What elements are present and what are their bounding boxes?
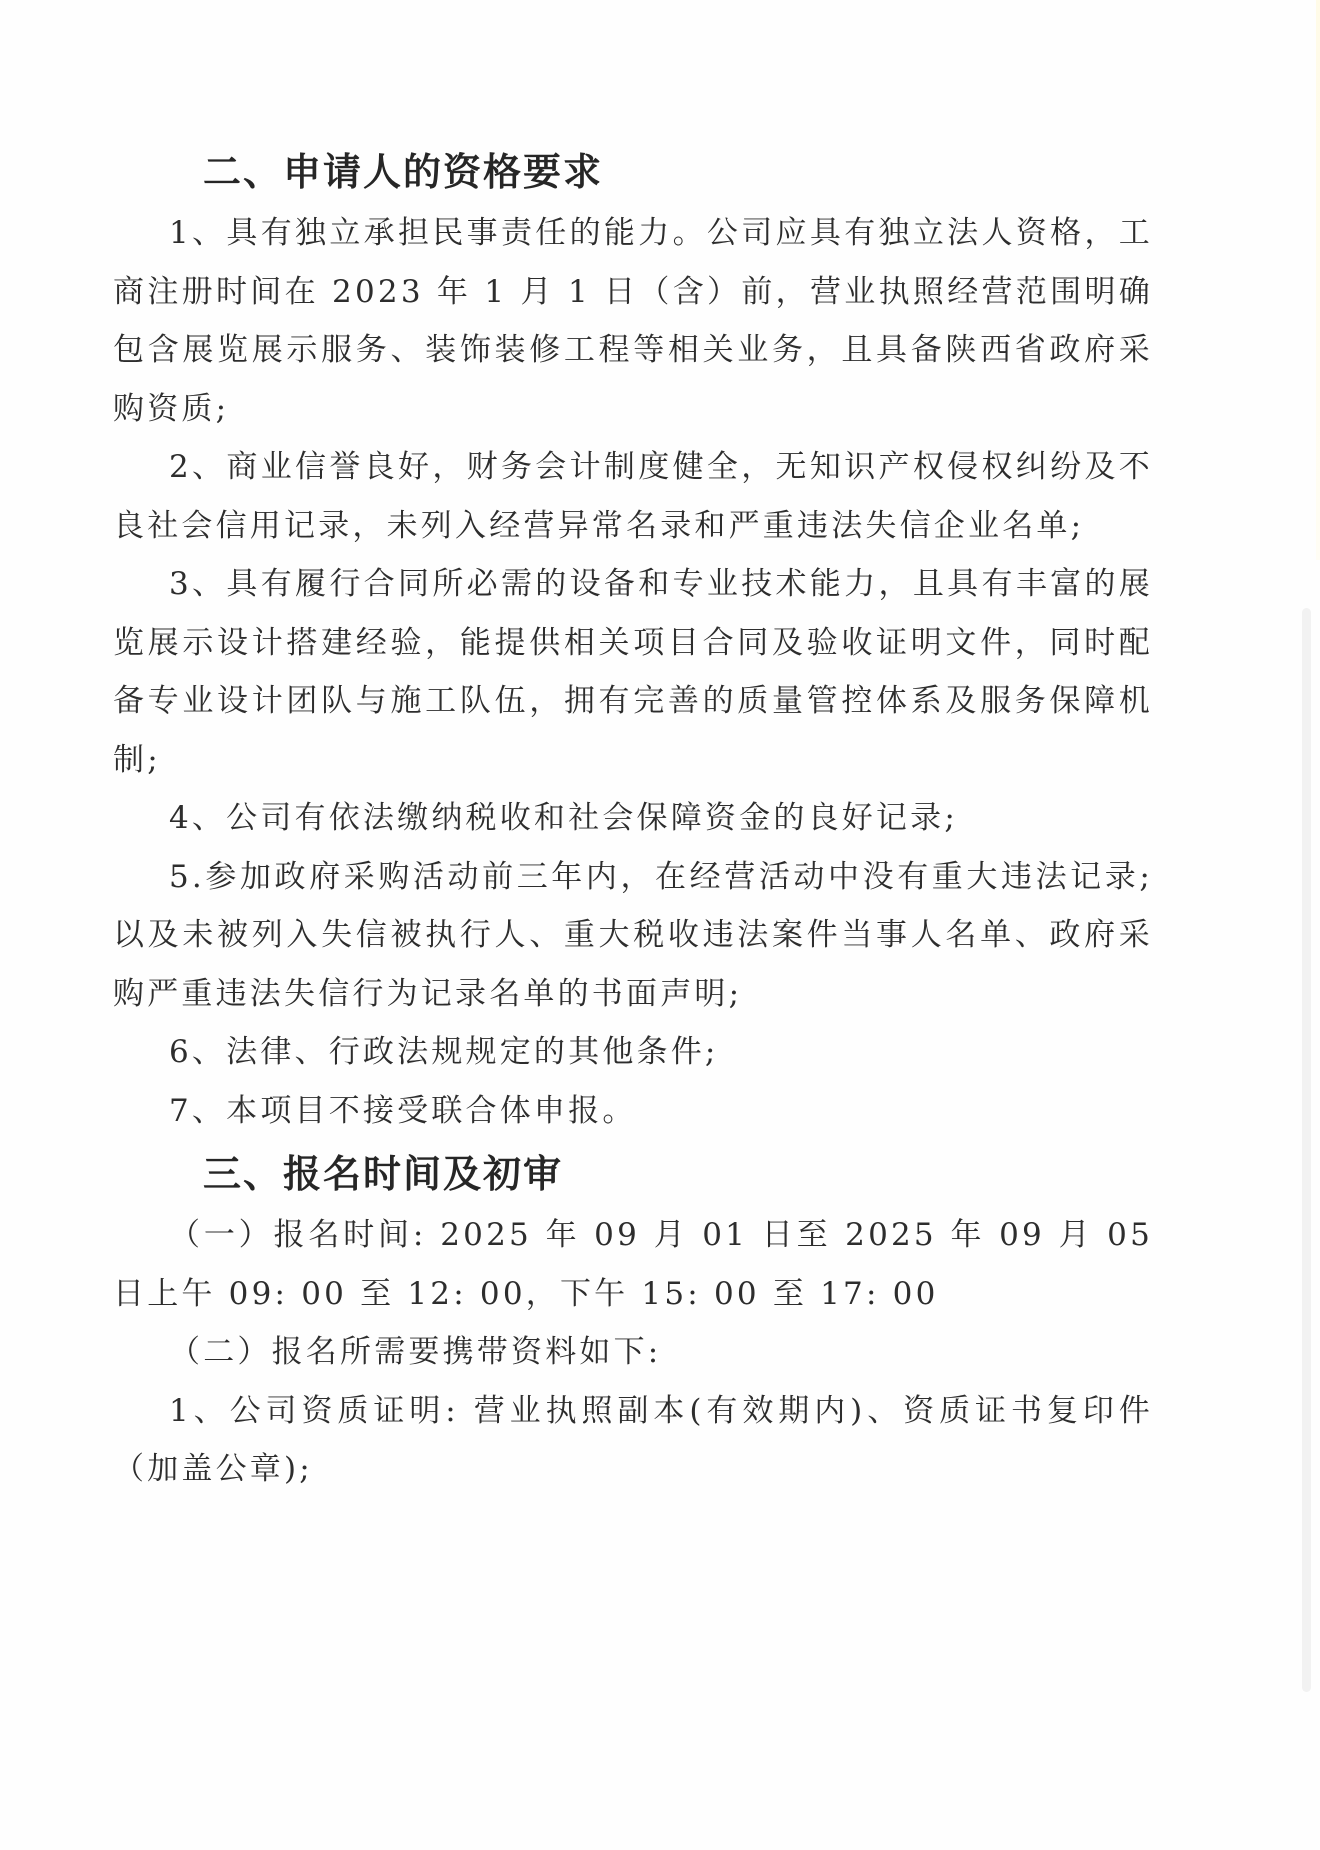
document-page: 二、申请人的资格要求 1、具有独立承担民事责任的能力。公司应具有独立法人资格，工… [0,0,1320,1850]
scrollbar-thumb[interactable] [1302,608,1311,1692]
paragraph-requirement-3: 3、具有履行合同所必需的设备和专业技术能力，且具有丰富的展览展示设计搭建经验，能… [113,555,1153,789]
section-registration-time: 三、报名时间及初审 （一）报名时间: 2025 年 09 月 01 日至 202… [113,1142,1153,1499]
paragraph-requirement-1: 1、具有独立承担民事责任的能力。公司应具有独立法人资格，工商注册时间在 2023… [113,204,1153,438]
paragraph-required-materials: （二）报名所需要携带资料如下: [113,1323,1153,1382]
paragraph-requirement-5: 5.参加政府采购活动前三年内，在经营活动中没有重大违法记录; 以及未被列入失信被… [113,848,1153,1024]
paragraph-registration-time: （一）报名时间: 2025 年 09 月 01 日至 2025 年 09 月 0… [113,1206,1153,1323]
page-edge-shadow [1316,0,1320,560]
section-heading: 二、申请人的资格要求 [113,140,1153,204]
vertical-scrollbar[interactable] [1300,0,1312,1850]
paragraph-requirement-7: 7、本项目不接受联合体申报。 [113,1082,1153,1141]
paragraph-requirement-4: 4、公司有依法缴纳税收和社会保障资金的良好记录; [113,789,1153,848]
paragraph-material-1: 1、公司资质证明: 营业执照副本(有效期内)、资质证书复印件（加盖公章); [113,1382,1153,1499]
paragraph-requirement-6: 6、法律、行政法规规定的其他条件; [113,1023,1153,1082]
paragraph-requirement-2: 2、商业信誉良好，财务会计制度健全，无知识产权侵权纠纷及不良社会信用记录，未列入… [113,438,1153,555]
section-heading: 三、报名时间及初审 [113,1142,1153,1206]
document-body: 二、申请人的资格要求 1、具有独立承担民事责任的能力。公司应具有独立法人资格，工… [113,140,1153,1499]
section-applicant-qualifications: 二、申请人的资格要求 1、具有独立承担民事责任的能力。公司应具有独立法人资格，工… [113,140,1153,1140]
